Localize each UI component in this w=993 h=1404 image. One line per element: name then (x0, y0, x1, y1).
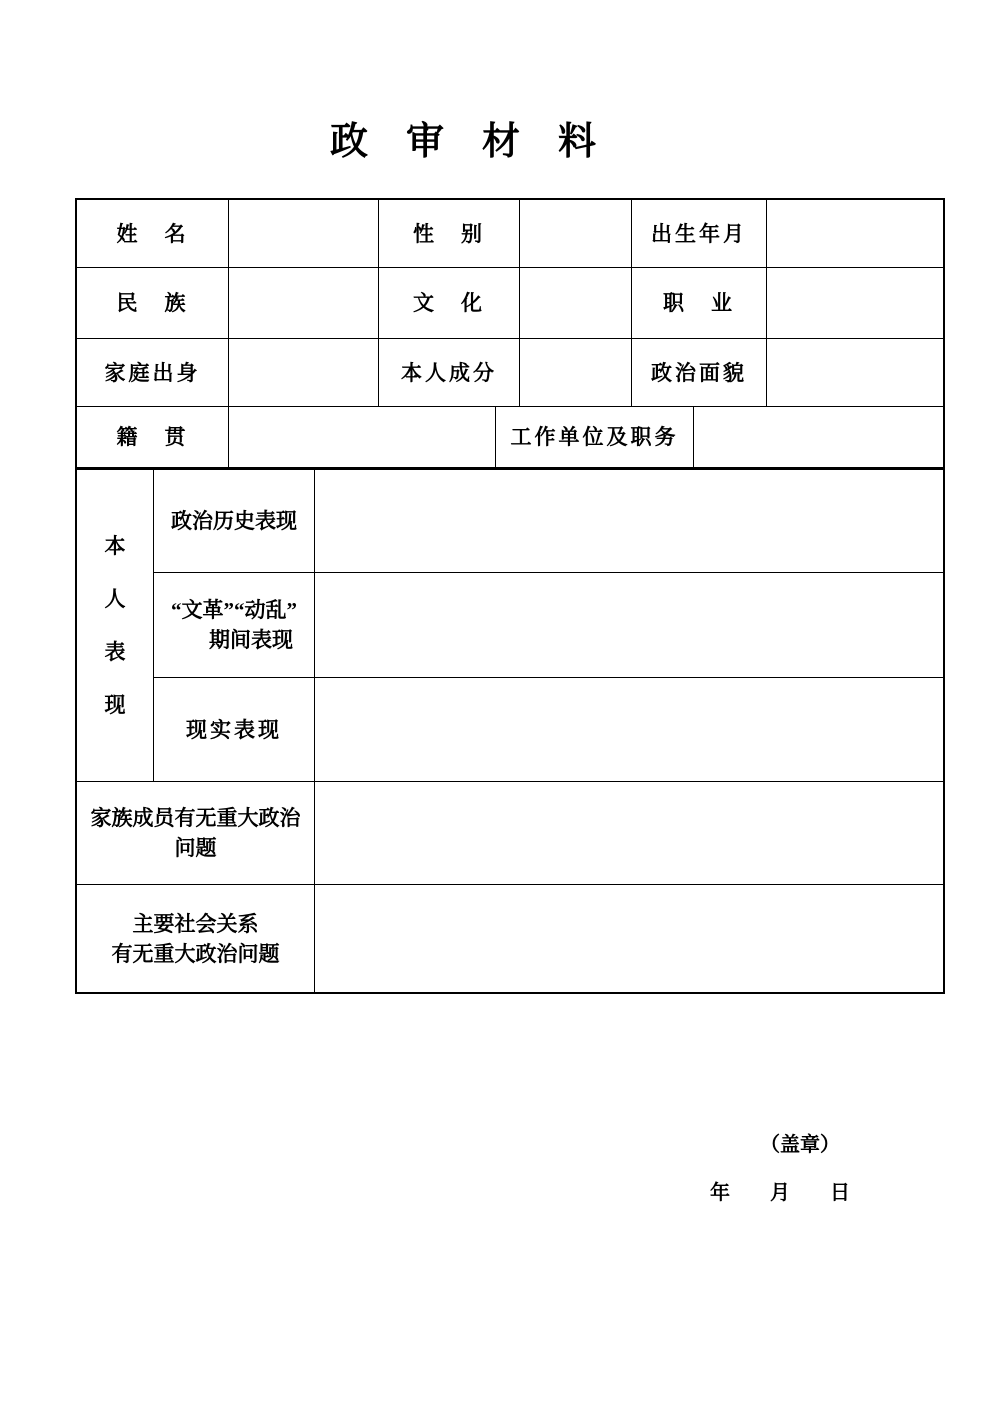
performance-rows: 政治历史表现 “文革”“动乱” 期间表现 现实表现 (154, 470, 943, 781)
label-line: 期间表现 (175, 625, 293, 655)
side-label-char: 表 (105, 642, 126, 663)
education-label: 文 化 (379, 268, 520, 338)
political-history-value-cell[interactable] (315, 470, 943, 572)
current-performance-label: 现实表现 (154, 678, 315, 781)
personal-performance-section: 本 人 表 现 政治历史表现 “文革”“动乱” 期间表现 (77, 470, 943, 782)
seal-note: （盖章） (750, 1128, 850, 1157)
performance-side-label: 本 人 表 现 (77, 470, 154, 781)
table-row-basic-3: 家庭出身 本人成分 政治面貌 (77, 339, 943, 407)
political-history-label: 政治历史表现 (154, 470, 315, 572)
political-review-form-table: 姓 名 性 别 出生年月 民 族 文 化 职 业 家庭出身 本人成分 政治面貌 (75, 198, 945, 994)
date-line: 年 月 日 (710, 1176, 850, 1205)
side-label-char: 现 (105, 695, 126, 716)
social-relations-issues-row: 主要社会关系 有无重大政治问题 (77, 885, 943, 992)
table-row-basic-2: 民 族 文 化 职 业 (77, 268, 943, 339)
label-line: 主要社会关系 (133, 909, 259, 939)
name-label: 姓 名 (77, 200, 229, 267)
cultural-revolution-row: “文革”“动乱” 期间表现 (154, 573, 943, 678)
social-relations-issues-value-cell[interactable] (315, 885, 943, 992)
work-unit-value-cell[interactable] (694, 407, 943, 467)
education-value-cell[interactable] (520, 268, 632, 338)
political-affiliation-label: 政治面貌 (632, 339, 767, 406)
gender-label: 性 别 (379, 200, 520, 267)
family-origin-label: 家庭出身 (77, 339, 229, 406)
table-row-basic-1: 姓 名 性 别 出生年月 (77, 200, 943, 268)
occupation-label: 职 业 (632, 268, 767, 338)
gender-value-cell[interactable] (520, 200, 632, 267)
native-place-label: 籍 贯 (77, 407, 229, 467)
current-performance-row: 现实表现 (154, 678, 943, 781)
work-unit-label: 工作单位及职务 (496, 407, 694, 467)
label-line: “文革”“动乱” (171, 595, 297, 625)
document-page: 政 审 材 料 姓 名 性 别 出生年月 民 族 文 化 职 业 家庭出身 本人… (0, 0, 993, 1404)
current-performance-value-cell[interactable] (315, 678, 943, 781)
page-title: 政 审 材 料 (330, 120, 596, 166)
side-label-char: 人 (105, 589, 126, 610)
cultural-revolution-value-cell[interactable] (315, 573, 943, 677)
political-affiliation-value-cell[interactable] (767, 339, 943, 406)
ethnicity-value-cell[interactable] (229, 268, 379, 338)
label-line: 家族成员有无重大政治 (91, 803, 301, 833)
occupation-value-cell[interactable] (767, 268, 943, 338)
label-line: 问题 (175, 833, 217, 863)
ethnicity-label: 民 族 (77, 268, 229, 338)
cultural-revolution-label: “文革”“动乱” 期间表现 (154, 573, 315, 677)
birthdate-label: 出生年月 (632, 200, 767, 267)
family-members-issues-label: 家族成员有无重大政治 问题 (77, 782, 315, 884)
name-value-cell[interactable] (229, 200, 379, 267)
birthdate-value-cell[interactable] (767, 200, 943, 267)
social-relations-issues-label: 主要社会关系 有无重大政治问题 (77, 885, 315, 992)
label-line: 现实表现 (186, 715, 282, 745)
family-origin-value-cell[interactable] (229, 339, 379, 406)
side-label-char: 本 (105, 536, 126, 557)
personal-status-label: 本人成分 (379, 339, 520, 406)
family-members-issues-row: 家族成员有无重大政治 问题 (77, 782, 943, 885)
native-place-value-cell[interactable] (229, 407, 496, 467)
family-members-issues-value-cell[interactable] (315, 782, 943, 884)
label-line: 政治历史表现 (171, 506, 297, 536)
personal-status-value-cell[interactable] (520, 339, 632, 406)
political-history-row: 政治历史表现 (154, 470, 943, 573)
label-line: 有无重大政治问题 (112, 939, 280, 969)
table-row-native-place: 籍 贯 工作单位及职务 (77, 407, 943, 470)
